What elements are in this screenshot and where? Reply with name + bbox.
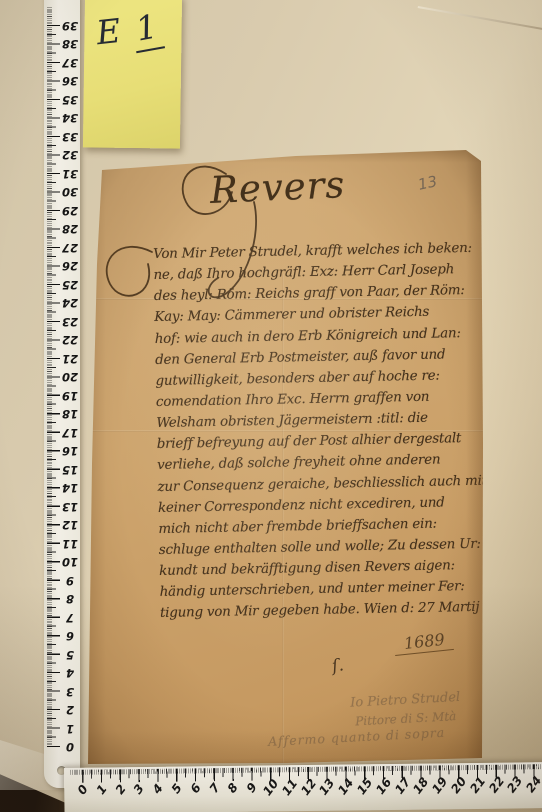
ruler-number: 0 [72,779,93,801]
manuscript-paper: 13 Revers Von Mir Peter Strudel, krafft … [86,144,486,768]
sticky-note-label: E1 [94,7,163,57]
ruler-number: 14 [60,481,80,495]
ruler-number: 26 [60,259,80,273]
ruler-number: 18 [410,775,431,797]
ruler-number: 39 [60,19,80,33]
ruler-number: 15 [60,463,80,477]
vertical-ruler-numbers: 3938373635343332313029282726252423222120… [44,0,80,788]
manuscript-body: Von Mir Peter Strudel, krafft welches ic… [153,241,484,628]
ruler-number: 20 [60,370,80,384]
ruler-number: 13 [316,776,337,798]
ruler-number: 10 [260,776,281,798]
ruler-number: 25 [60,278,80,292]
ruler-number: 24 [60,296,80,310]
ruler-number: 6 [60,629,80,643]
ruler-number: 10 [60,555,80,569]
ruler-number: 11 [60,537,80,551]
ruler-number: 30 [60,185,80,199]
ruler-number: 2 [110,778,131,800]
ruler-number: 19 [429,774,450,796]
ruler-number: 6 [185,777,206,799]
ruler-number: 16 [60,444,80,458]
ruler-number: 27 [60,241,80,255]
ruler-number: 3 [128,778,149,800]
ruler-number: 16 [373,775,394,797]
ruler-number: 17 [60,426,80,440]
ruler-number: 3 [60,685,80,699]
ruler-number: 0 [60,740,80,754]
ruler-number: 34 [60,111,80,125]
ruler-number: 38 [60,37,80,51]
archive-photo-surface: 13 Revers Von Mir Peter Strudel, krafft … [0,0,542,812]
ruler-number: 12 [298,776,319,798]
vertical-ruler: 3938373635343332313029282726252423222120… [44,0,80,788]
ruler-number: 14 [335,776,356,798]
ruler-number: 12 [60,518,80,532]
ruler-number: 21 [467,774,488,796]
ruler-number: 19 [60,389,80,403]
ruler-number: 37 [60,56,80,70]
ruler-number: 15 [354,775,375,797]
ruler-number: 13 [60,500,80,514]
ruler-number: 7 [60,611,80,625]
paraph-mark: ſ. [331,655,345,676]
ruler-number: 23 [60,315,80,329]
ruler-number: 21 [60,352,80,366]
ruler-number: 32 [60,148,80,162]
ruler-number: 36 [60,74,80,88]
ruler-number: 24 [523,773,542,795]
pencil-folio-number: 13 [416,172,438,194]
ruler-number: 5 [166,778,187,800]
ruler-number: 22 [486,774,507,796]
sticky-note-letter: E [94,11,122,52]
ruler-number: 11 [279,776,300,798]
manuscript-title: Revers [209,163,346,212]
ruler-number: 7 [204,777,225,799]
horizontal-ruler-numbers: 0123456789101112131415161718192021222324 [64,762,542,812]
horizontal-ruler: 0123456789101112131415161718192021222324 [64,762,542,812]
ruler-number: 1 [60,722,80,736]
ruler-number: 35 [60,93,80,107]
signature-block: Io Pietro StrudelPittore di S: MtàAfferm… [266,688,498,749]
ruler-number: 1 [91,779,112,801]
ruler-number: 20 [448,774,469,796]
ruler-number: 31 [60,167,80,181]
ruler-number: 23 [504,773,525,795]
year-annotation: 1689 [393,629,454,656]
ruler-number: 5 [60,648,80,662]
sticky-note: E1 [83,0,182,149]
ruler-number: 8 [222,777,243,799]
ruler-number: 4 [60,666,80,680]
ruler-number: 9 [241,777,262,799]
ruler-number: 18 [60,407,80,421]
ruler-number: 29 [60,204,80,218]
sticky-note-number: 1 [129,6,165,53]
ruler-number: 2 [60,703,80,717]
ruler-number: 9 [60,574,80,588]
table-edge-line [418,6,542,32]
ruler-number: 28 [60,222,80,236]
ruler-number: 22 [60,333,80,347]
ruler-number: 33 [60,130,80,144]
ruler-number: 8 [60,592,80,606]
ruler-number: 4 [147,778,168,800]
ruler-number: 17 [392,775,413,797]
